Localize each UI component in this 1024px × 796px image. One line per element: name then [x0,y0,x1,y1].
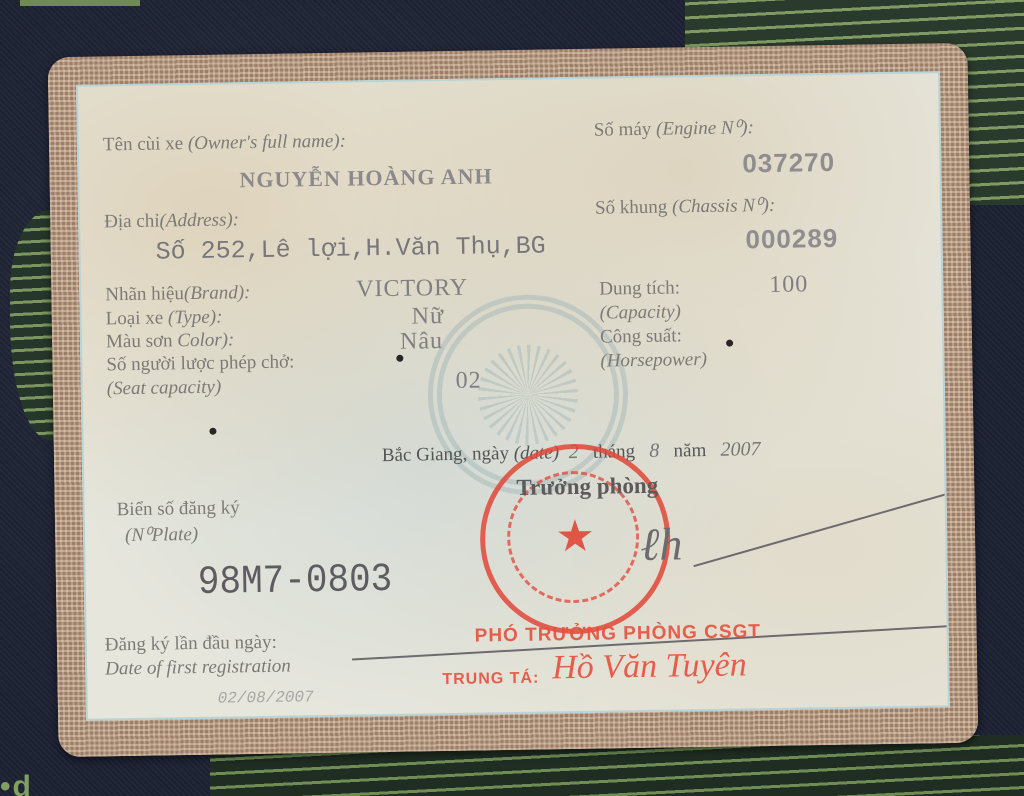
horsepower-label-en-text: (Horsepower) [600,349,707,372]
address-label: Địa chỉ(Address): [104,209,239,233]
capacity-label-en-text: (Capacity) [599,301,681,323]
issue-year-label: năm [673,440,706,462]
type-label-vi: Loại xe [106,307,164,329]
signer-title: Trưởng phòng [516,473,658,501]
color-label-en: Color): [177,329,234,351]
capacity-label-vi: Dung tích: [599,277,680,300]
seats-value: 02 [455,367,481,394]
ink-dot [209,428,216,435]
engine-label-en: (Engine N⁰): [656,117,754,140]
engine-label-vi: Số máy [594,119,652,141]
horsepower-label-en: (Horsepower) [600,349,707,373]
first-registration-date: 02/08/2007 [218,688,314,708]
brand-value: VICTORY [356,275,468,304]
engine-number: 037270 [742,147,835,179]
ink-dot [396,355,403,362]
plate-number: 98M7-0803 [197,558,392,606]
owner-label: Tên cùi xe (Owner's full name): [103,131,346,157]
capacity-label-en: (Capacity) [599,301,681,324]
plate-label-en: (N⁰Plate) [125,523,198,547]
color-value: Nâu [400,328,443,356]
plate-label-en-text: (N⁰Plate) [125,524,198,546]
address-label-en: (Address): [159,209,239,231]
chassis-label: Số khung (Chassis N⁰): [595,194,776,220]
first-registration-label-vi: Đăng ký lần đầu ngày: [105,632,277,657]
first-registration-label-en-text: Date of first registration [105,656,291,680]
card-paper: Tên cùi xe (Owner's full name): NGUYỄN H… [76,71,950,720]
color-label-vi: Màu sơn [106,330,173,352]
star-icon: ★ [555,511,595,563]
fabric-stripes-top [20,0,140,6]
signature-stroke [693,493,948,568]
stamp-signature-name: Hồ Văn Tuyên [552,646,747,687]
seats-label-en: (Seat capacity) [107,377,222,401]
horsepower-label-vi: Công suất: [600,325,682,348]
registration-card: Tên cùi xe (Owner's full name): NGUYỄN H… [48,43,979,757]
issue-year: 2007 [720,438,760,461]
engine-label: Số máy (Engine N⁰): [594,116,754,142]
stamp-rank: TRUNG TÁ: [442,670,539,690]
address-value: Số 252,Lê lợi,H.Văn Thụ,BG [155,231,545,266]
type-value: Nữ [411,303,444,331]
owner-label-vi: Tên cùi xe [103,133,184,155]
owner-label-en: (Owner's full name): [188,131,346,154]
seats-label-vi: Số người lược phép chở: [106,351,294,376]
issue-month: 8 [649,440,659,462]
brand-label-en: (Brand): [184,282,251,304]
chassis-label-vi: Số khung [595,197,668,219]
seats-label-en-text: (Seat capacity) [107,377,222,400]
ink-dot [726,340,733,347]
brand-label: Nhãn hiệu(Brand): [105,282,250,306]
address-label-vi: Địa chỉ [104,211,160,233]
owner-name: NGUYỄN HOÀNG ANH [239,163,493,193]
stamp-title: PHÓ TRƯỞNG PHÒNG CSGT [475,621,762,647]
issue-place: Bắc Giang, ngày [382,443,509,466]
plate-label-vi: Biển số đăng ký [117,497,240,521]
capacity-value: 100 [769,271,808,299]
first-registration-label-en: Date of first registration [105,656,291,681]
color-label: Màu sơn Color): [106,329,235,353]
signature-scribble: ℓh [640,517,683,571]
type-label-en: (Type): [168,307,223,329]
type-label: Loại xe (Type): [106,307,223,331]
brand-label-vi: Nhãn hiệu [105,283,184,305]
chassis-label-en: (Chassis N⁰): [672,195,775,218]
fabric-print-fragment: •d [0,770,33,796]
chassis-number: 000289 [745,223,838,255]
